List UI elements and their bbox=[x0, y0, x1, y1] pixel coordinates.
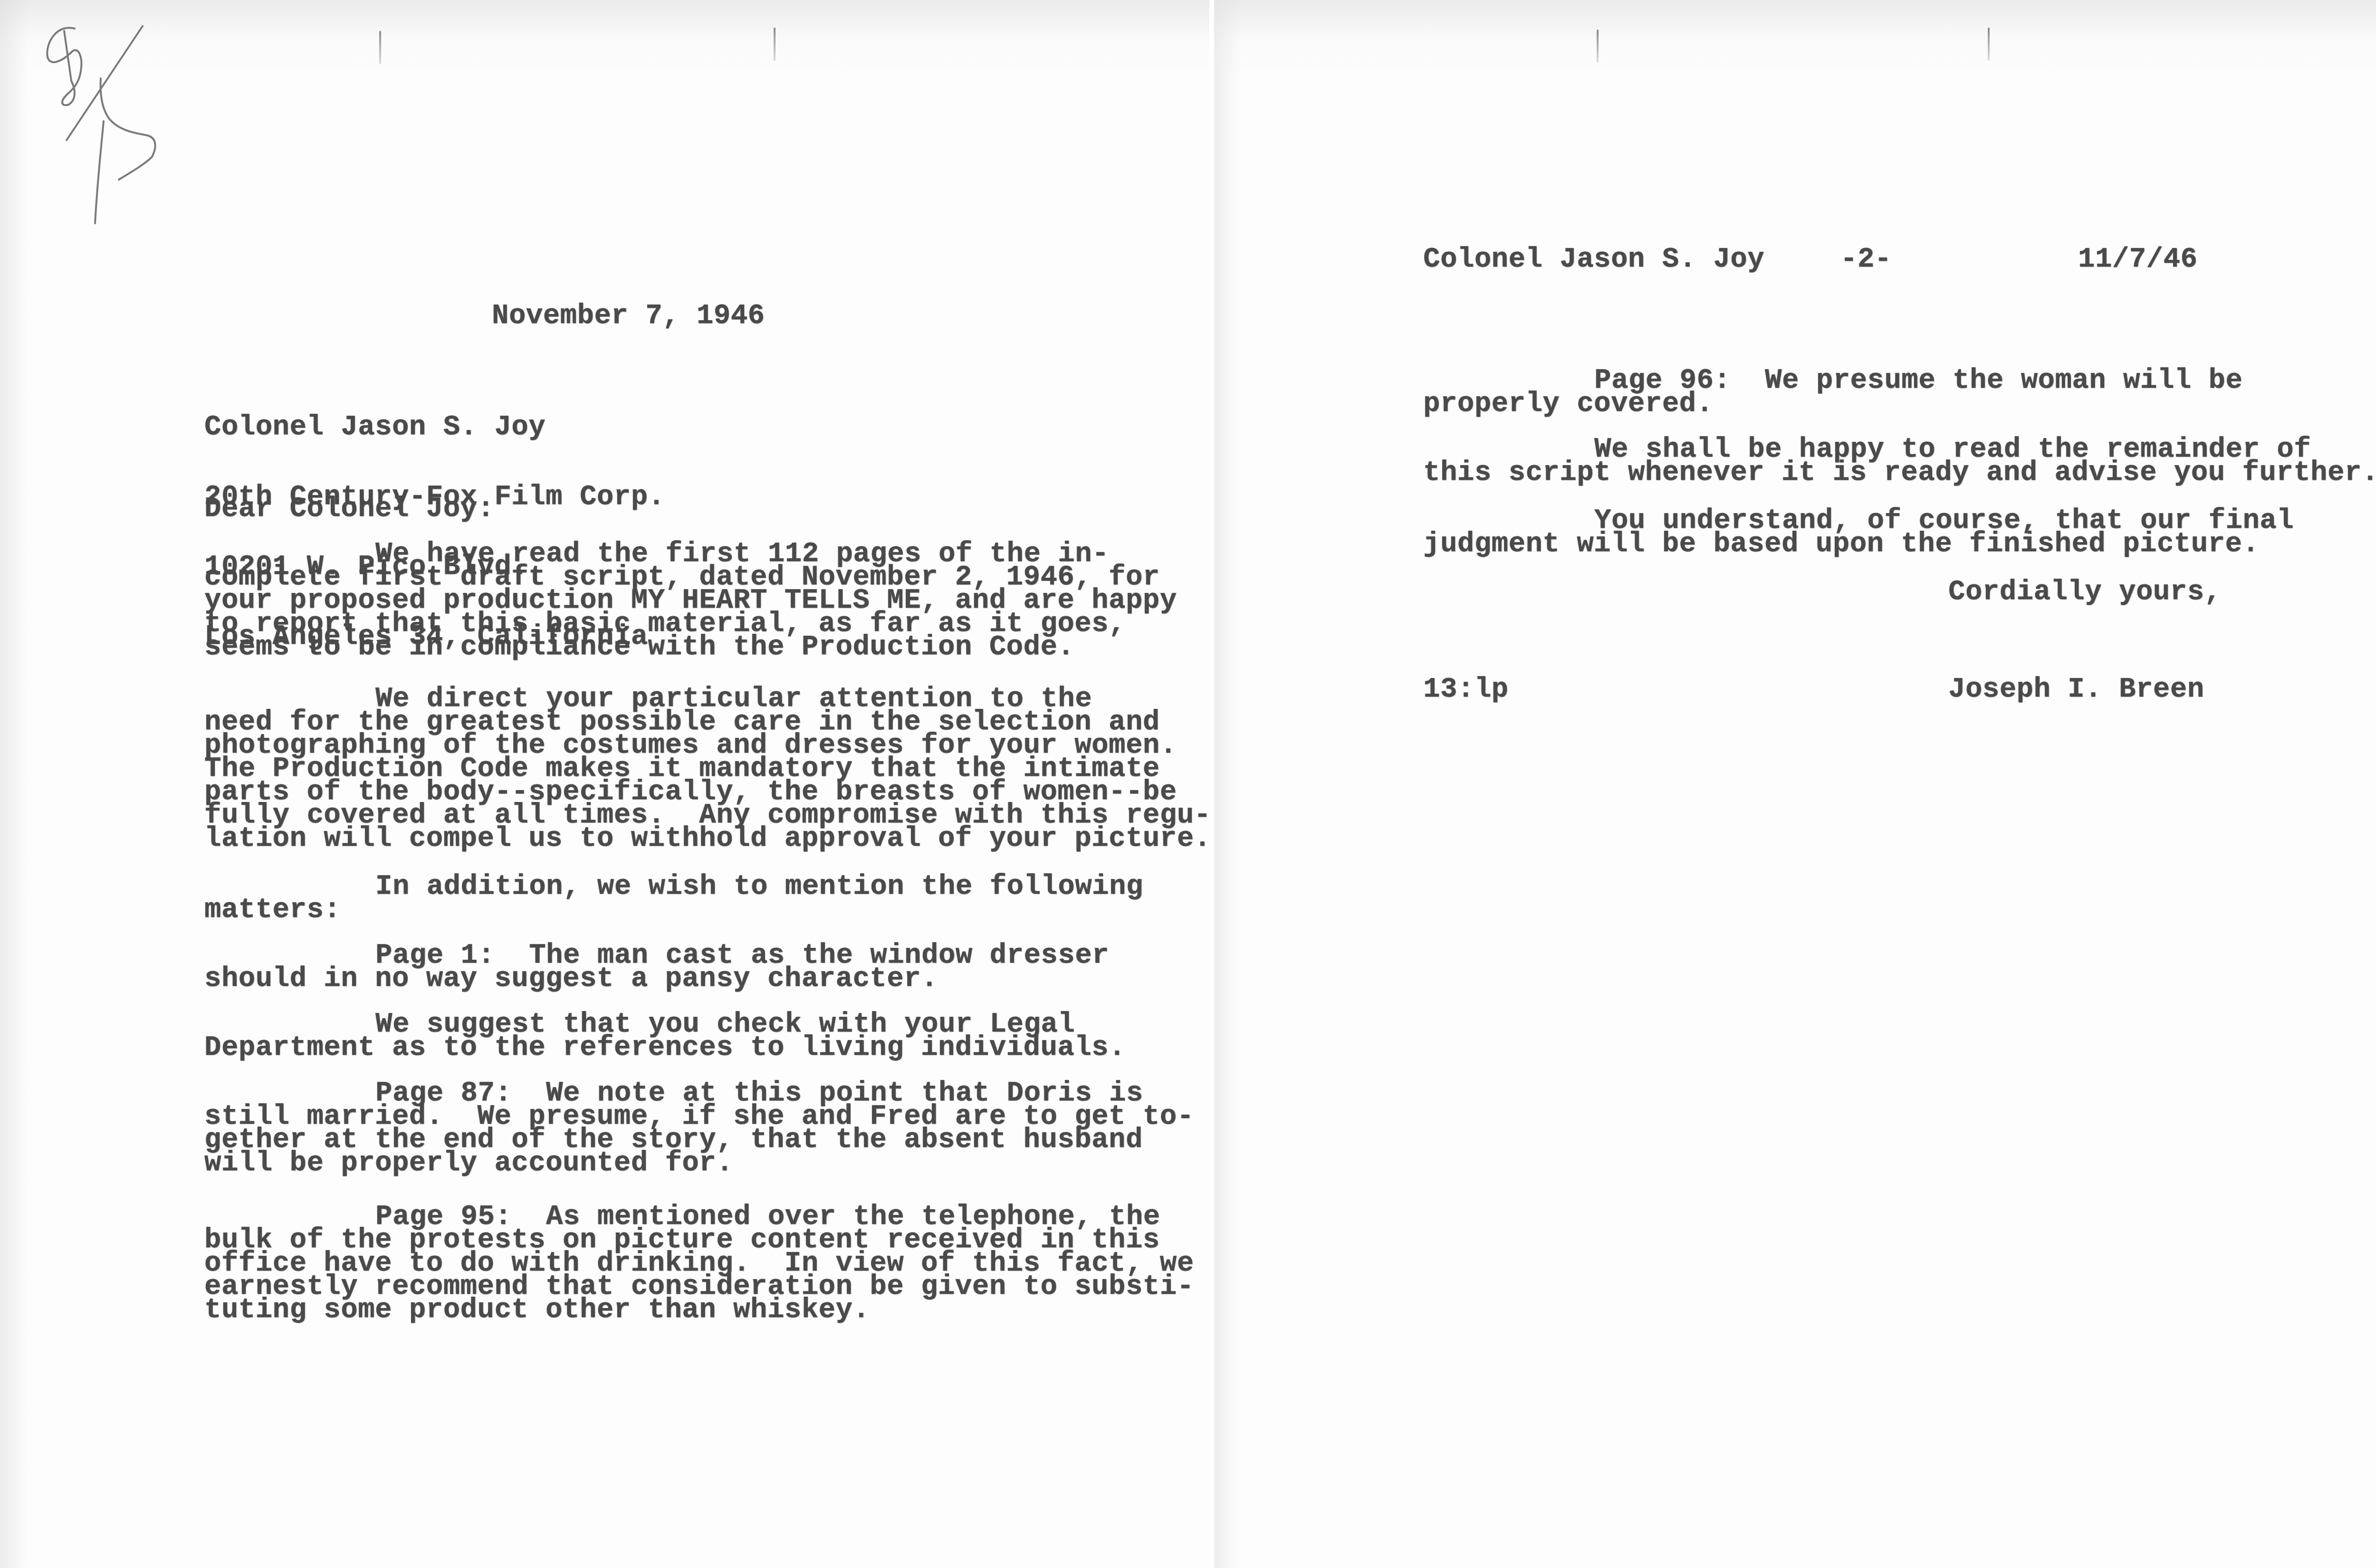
paragraph-line: judgment will be based upon the finished… bbox=[1423, 532, 2294, 555]
paragraph-remainder-review: We shall be happy to read the remainder … bbox=[1423, 438, 2376, 484]
header-recipient: Colonel Jason S. Joy bbox=[1423, 248, 1764, 271]
registration-tick bbox=[1988, 28, 1990, 61]
paragraph-page-96-note: Page 96: We presume the woman will bepro… bbox=[1423, 369, 2242, 415]
letter-page-1: November 7, 1946 Colonel Jason S. Joy 20… bbox=[0, 0, 1209, 1568]
signatory-name: Joseph I. Breen bbox=[1948, 678, 2204, 701]
address-line: Colonel Jason S. Joy bbox=[204, 415, 665, 439]
salutation: Dear Colonel Joy: bbox=[204, 497, 494, 520]
paragraph-line: Department as to the references to livin… bbox=[204, 1036, 1126, 1059]
paragraph-page-1-note: Page 1: The man cast as the window dress… bbox=[204, 944, 1109, 990]
reference-initials: 13:lp bbox=[1423, 678, 1509, 701]
header-date: 11/7/46 bbox=[2078, 248, 2197, 271]
registration-tick bbox=[774, 28, 776, 61]
handwritten-mark-icon bbox=[0, 0, 238, 247]
letter-page-2: Colonel Jason S. Joy -2- 11/7/46 Page 96… bbox=[1214, 0, 2376, 1568]
header-page-number: -2- bbox=[1840, 248, 1892, 271]
paragraph-additional-matters: In addition, we wish to mention the foll… bbox=[204, 875, 1143, 921]
paragraph-script-compliance: We have read the first 112 pages of the … bbox=[204, 542, 1177, 659]
paragraph-legal-department: We suggest that you check with your Lega… bbox=[204, 1013, 1126, 1059]
registration-tick bbox=[1597, 29, 1599, 63]
paragraph-page-95-note: Page 95: As mentioned over the telephone… bbox=[204, 1205, 1194, 1321]
paragraph-page-87-note: Page 87: We note at this point that Dori… bbox=[204, 1081, 1194, 1175]
paragraph-line: this script whenever it is ready and adv… bbox=[1423, 461, 2376, 484]
paragraph-line: In addition, we wish to mention the foll… bbox=[204, 875, 1143, 898]
paragraph-line: lation will compel us to withhold approv… bbox=[204, 827, 1209, 850]
letter-date: November 7, 1946 bbox=[492, 304, 765, 327]
closing: Cordially yours, bbox=[1948, 580, 2222, 603]
paragraph-costumes: We direct your particular attention to t… bbox=[204, 687, 1209, 850]
paragraph-final-judgment: You understand, of course, that our fina… bbox=[1423, 509, 2294, 555]
paragraph-line: seems to be in compliance with the Produ… bbox=[204, 635, 1177, 659]
registration-tick bbox=[379, 31, 381, 64]
